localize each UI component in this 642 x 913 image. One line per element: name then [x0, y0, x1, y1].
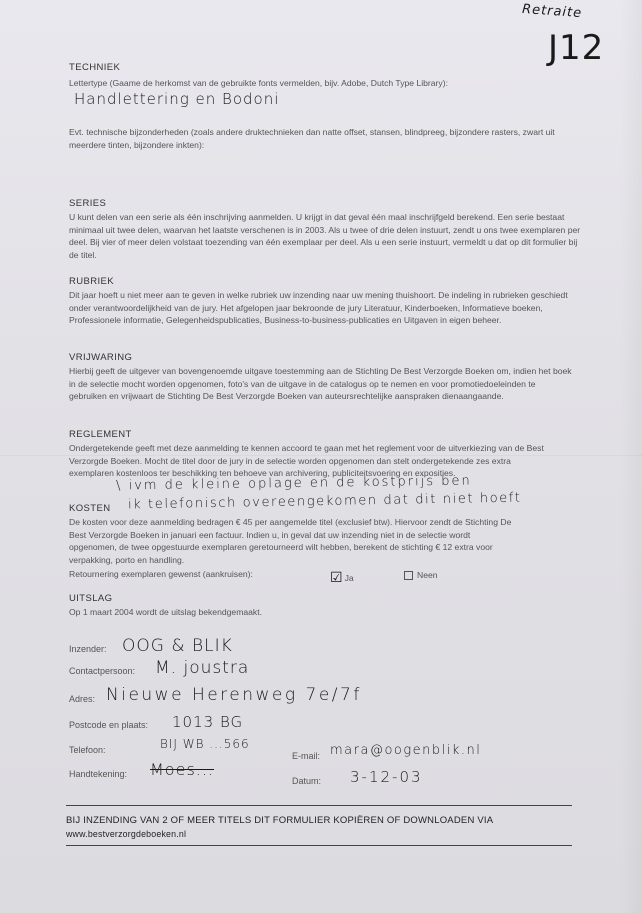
contact-label: Contactpersoon:: [69, 666, 135, 676]
telefoon-label: Telefoon:: [69, 745, 106, 755]
adres-label: Adres:: [69, 694, 95, 704]
uitslag-text: Op 1 maart 2004 wordt de uitslag bekendg…: [69, 606, 569, 619]
checkbox-no[interactable]: [404, 571, 413, 580]
heading-vrijwaring: VRIJWARING: [69, 352, 132, 363]
lettertype-value[interactable]: Handlettering en Bodoni: [74, 90, 279, 108]
email-label: E-mail:: [292, 751, 320, 761]
heading-reglement: REGLEMENT: [69, 429, 132, 440]
annotation-number: J12: [548, 28, 604, 68]
heading-uitslag: UITSLAG: [69, 593, 112, 604]
series-text: U kunt delen van een serie als één insch…: [69, 211, 581, 261]
handtekening-label: Handtekening:: [69, 769, 127, 779]
datum-field[interactable]: 3-12-03: [350, 768, 423, 786]
footer-url[interactable]: www.bestverzorgdeboeken.nl: [66, 829, 186, 839]
heading-series: SERIES: [69, 198, 106, 209]
footer-rule-top: [66, 805, 572, 806]
heading-rubriek: RUBRIEK: [69, 276, 114, 287]
footer-rule-bottom: [66, 845, 572, 846]
footer-instruction: BIJ INZENDING VAN 2 OF MEER TITELS DIT F…: [66, 815, 493, 826]
page-edge-shadow: [620, 0, 642, 913]
option-no-label: Neen: [417, 570, 438, 580]
inzender-field[interactable]: OOG & BLIK: [122, 636, 233, 656]
annotation-retraite: Retraite: [522, 2, 583, 21]
form-page: Retraite J12 TECHNIEK Lettertype (Gaame …: [0, 0, 642, 913]
reglement-text: Ondergetekende geeft met deze aanmelding…: [69, 442, 547, 480]
postcode-field[interactable]: 1013 BG: [172, 713, 243, 731]
lettertype-label: Lettertype (Gaame de herkomst van de geb…: [69, 77, 609, 90]
return-option-yes[interactable]: ☑Ja: [330, 568, 354, 585]
telefoon-field[interactable]: BIJ WB ...566: [160, 737, 250, 751]
option-yes-label: Ja: [345, 573, 354, 583]
signature-field[interactable]: Moes...: [150, 760, 214, 779]
rubriek-text: Dit jaar hoeft u niet meer aan te geven …: [69, 289, 569, 327]
check-mark-icon[interactable]: ☑: [330, 569, 343, 585]
vrijwaring-text: Hierbij geeft de uitgever van bovengenoe…: [69, 365, 573, 403]
return-option-no[interactable]: Neen: [404, 570, 438, 580]
return-label: Retournering exemplaren gewenst (aankrui…: [69, 568, 309, 581]
kosten-text: De kosten voor deze aanmelding bedragen …: [69, 516, 519, 566]
contact-field[interactable]: M. joustra: [155, 658, 249, 678]
inzender-label: Inzender:: [69, 644, 107, 654]
heading-techniek: TECHNIEK: [69, 62, 120, 73]
datum-label: Datum:: [292, 776, 321, 786]
handwritten-note-line2: ik telefonisch overeengekomen dat dit ni…: [128, 491, 522, 513]
postcode-label: Postcode en plaats:: [69, 720, 148, 730]
email-field[interactable]: mara@oogenblik.nl: [330, 743, 481, 758]
adres-field[interactable]: Nieuwe Herenweg 7e/7f: [106, 685, 362, 705]
heading-kosten: KOSTEN: [69, 503, 110, 514]
technical-details-label: Evt. technische bijzonderheden (zoals an…: [69, 126, 579, 151]
